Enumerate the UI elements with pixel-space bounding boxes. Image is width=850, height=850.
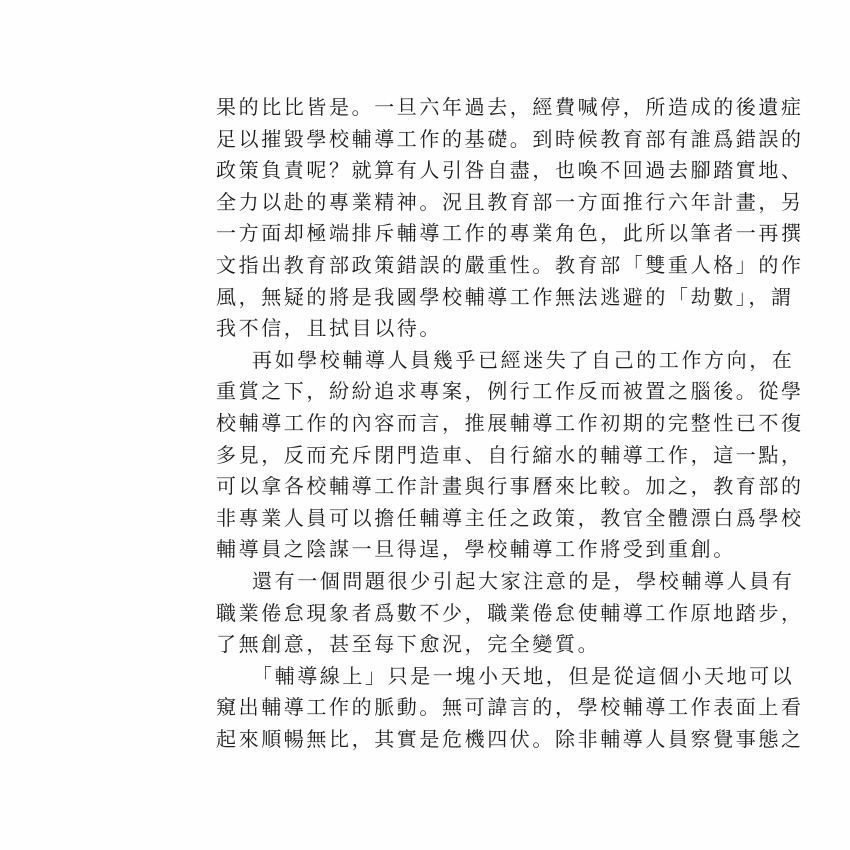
- text-line: 風，無疑的將是我國學校輔導工作無法逃避的「劫數」，謂: [216, 282, 656, 314]
- text-line: 可以拿各校輔導工作計畫與行事曆來比較。加之，教育部的: [216, 471, 656, 503]
- text-line: 果的比比皆是。一旦六年過去，經費喊停，所造成的後遺症: [216, 92, 656, 124]
- text-line: 起來順暢無比，其實是危機四伏。除非輔導人員察覺事態之: [216, 724, 656, 756]
- text-line: 全力以赴的專業精神。況且教育部一方面推行六年計畫，另: [216, 187, 656, 219]
- scanned-page: 果的比比皆是。一旦六年過去，經費喊停，所造成的後遺症 足以摧毀學校輔導工作的基礎…: [0, 0, 850, 850]
- text-line: 文指出教育部政策錯誤的嚴重性。教育部「雙重人格」的作: [216, 250, 656, 282]
- text-line: 校輔導工作的內容而言，推展輔導工作初期的完整性已不復: [216, 408, 656, 440]
- body-text: 果的比比皆是。一旦六年過去，經費喊停，所造成的後遺症 足以摧毀學校輔導工作的基礎…: [216, 92, 656, 755]
- text-line: 我不信，且拭目以待。: [216, 313, 656, 345]
- text-line: 多見，反而充斥閉門造車、自行縮水的輔導工作，這一點，: [216, 440, 656, 472]
- text-line: 政策負責呢？就算有人引咎自盡，也喚不回過去腳踏實地、: [216, 155, 656, 187]
- text-line: 足以摧毀學校輔導工作的基礎。到時候教育部有誰爲錯誤的: [216, 124, 656, 156]
- text-line: 職業倦怠現象者爲數不少，職業倦怠使輔導工作原地踏步，: [216, 598, 656, 630]
- paragraph-start-line: 還有一個問題很少引起大家注意的是，學校輔導人員有: [216, 566, 656, 598]
- text-line: 了無創意，甚至每下愈況，完全變質。: [216, 629, 656, 661]
- text-line: 一方面却極端排斥輔導工作的專業角色，此所以筆者一再撰: [216, 218, 656, 250]
- paragraph-start-line: 再如學校輔導人員幾乎已經迷失了自己的工作方向，在: [216, 345, 656, 377]
- paragraph-start-line: 「輔導線上」只是一塊小天地，但是從這個小天地可以: [216, 661, 656, 693]
- text-line: 窺出輔導工作的脈動。無可諱言的，學校輔導工作表面上看: [216, 692, 656, 724]
- text-line: 非專業人員可以擔任輔導主任之政策，教官全體漂白爲學校: [216, 503, 656, 535]
- text-line: 輔導員之陰謀一旦得逞，學校輔導工作將受到重創。: [216, 534, 656, 566]
- text-line: 重賞之下，紛紛追求專案，例行工作反而被置之腦後。從學: [216, 376, 656, 408]
